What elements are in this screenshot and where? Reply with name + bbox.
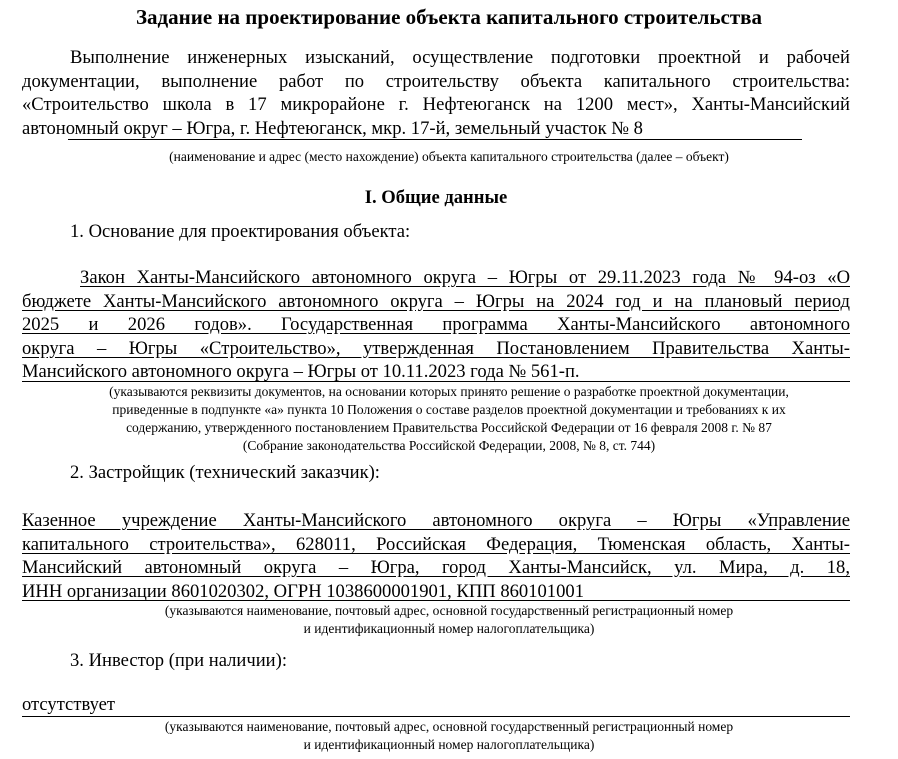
basis-line: 2025 и 2026 годов». Государственная прог… — [22, 313, 850, 337]
basis-line: бюджете Ханты-Мансийского автономного ок… — [22, 290, 850, 314]
developer-line: капитального строительства», 628011, Рос… — [22, 533, 850, 557]
basis-caption-line: приведенные в подпункте «а» пункта 10 По… — [0, 401, 898, 419]
item-label-investor: 3. Инвестор (при наличии): — [70, 649, 287, 673]
basis-line: Мансийского автономного округа – Югры от… — [22, 360, 850, 384]
basis-caption: (указываются реквизиты документов, на ос… — [0, 383, 898, 455]
intro-line: автономный округ – Югра, г. Нефтеюганск,… — [22, 117, 850, 141]
investor-line: отсутствует — [22, 693, 850, 717]
object-name-underline — [68, 139, 802, 140]
basis-caption-line: содержанию, утвержденного постановлением… — [0, 419, 898, 437]
investor-underline — [22, 716, 850, 717]
investor-caption-line: и идентификационный номер налогоплательщ… — [0, 736, 898, 754]
intro-line: «Строительство школа в 17 микрорайоне г.… — [22, 93, 850, 117]
developer-underline — [22, 600, 850, 601]
developer-caption-line: и идентификационный номер налогоплательщ… — [0, 620, 898, 638]
developer-line: Мансийский автономный округа – Югра, гор… — [22, 556, 850, 580]
basis-value: Закон Ханты-Мансийского автономного окру… — [22, 266, 850, 384]
item-label-basis: 1. Основание для проектирования объекта: — [70, 220, 410, 244]
investor-caption-line: (указываются наименование, почтовый адре… — [0, 718, 898, 736]
developer-line: Казенное учреждение Ханты-Мансийского ав… — [22, 509, 850, 533]
basis-underline — [22, 381, 850, 382]
document-title: Задание на проектирование объекта капита… — [0, 4, 898, 30]
object-name-caption: (наименование и адрес (место нахождение)… — [0, 148, 898, 166]
basis-line: Закон Ханты-Мансийского автономного окру… — [22, 266, 850, 290]
intro-line: документации, выполнение работ по строит… — [22, 70, 850, 94]
intro-line: Выполнение инженерных изысканий, осущест… — [22, 46, 850, 70]
developer-caption-line: (указываются наименование, почтовый адре… — [0, 602, 898, 620]
item-label-developer: 2. Застройщик (технический заказчик): — [70, 461, 380, 485]
object-name-paragraph: Выполнение инженерных изысканий, осущест… — [22, 46, 850, 140]
basis-caption-line: (указываются реквизиты документов, на ос… — [0, 383, 898, 401]
section-heading: I. Общие данные — [0, 186, 872, 210]
basis-line: округа – Югры «Строительство», утвержден… — [22, 337, 850, 361]
investor-caption: (указываются наименование, почтовый адре… — [0, 718, 898, 754]
intro-line-text: Выполнение инженерных изысканий, осущест… — [70, 46, 850, 70]
developer-caption: (указываются наименование, почтовый адре… — [0, 602, 898, 638]
basis-caption-line: (Собрание законодательства Российской Фе… — [0, 437, 898, 455]
developer-value: Казенное учреждение Ханты-Мансийского ав… — [22, 509, 850, 603]
investor-value: отсутствует — [22, 693, 850, 717]
